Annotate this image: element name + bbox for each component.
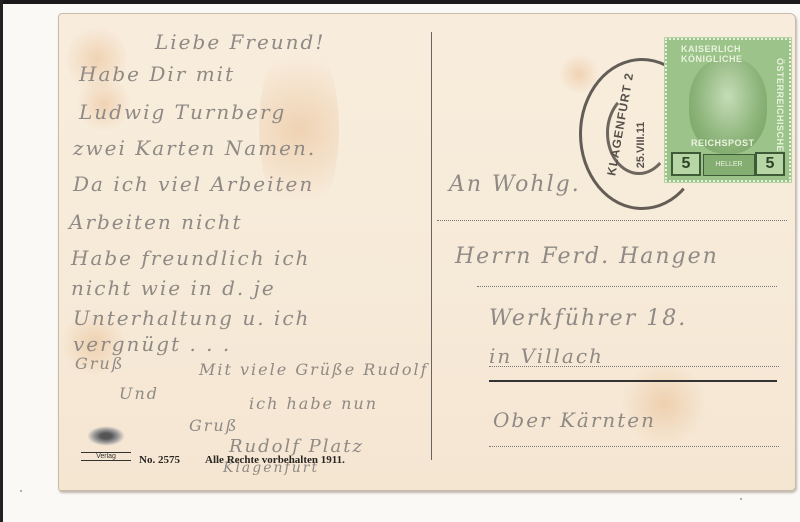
publisher-label: Verlag	[81, 452, 131, 461]
message-line: Unterhaltung u. ich	[73, 306, 310, 330]
message-line: Habe Dir mit	[79, 62, 235, 86]
stamp-inscription-top: KAISERLICH KÖNIGLICHE	[681, 44, 789, 64]
dust-speck	[740, 498, 742, 500]
scan-border-top	[0, 0, 800, 4]
stamp-value-right: 5	[755, 152, 785, 176]
scan-border-left	[0, 0, 3, 522]
message-line: nicht wie in d. je	[71, 276, 276, 300]
message-line: Habe freundlich ich	[71, 246, 310, 270]
address-line: An Wohlg.	[449, 172, 581, 197]
message-line: ich habe nun	[249, 394, 378, 413]
message-line: vergnügt . . .	[73, 332, 231, 356]
address-rule	[437, 220, 787, 221]
address-rule	[489, 446, 779, 447]
message-line: Mit viele Grüße Rudolf	[199, 360, 429, 379]
message-line: Da ich viel Arbeiten	[73, 172, 314, 196]
message-line: Liebe Freund!	[155, 30, 325, 54]
message-line: Gruß	[189, 416, 238, 435]
card-number: No. 2575	[139, 454, 180, 466]
postcard: Liebe Freund! Habe Dir mit Ludwig Turnbe…	[58, 13, 796, 491]
stamp-inscription-bottom: REICHSPOST	[691, 138, 755, 148]
address-line: Herrn Ferd. Hangen	[455, 244, 719, 269]
stamp-value-center: HELLER	[703, 154, 755, 176]
address-line: Werkführer 18.	[489, 306, 687, 331]
address-underline	[489, 380, 777, 382]
publisher-emblem-icon: Verlag	[81, 426, 131, 466]
stamp-value-left: 5	[671, 152, 701, 176]
age-stain	[619, 364, 709, 444]
message-line: Gruß	[75, 354, 124, 373]
message-line: Ludwig Turnberg	[79, 100, 286, 124]
address-line: in Villach	[489, 344, 604, 368]
stamp-inscription-side: ÖSTERREICHISCHE	[775, 58, 785, 152]
message-line: zwei Karten Namen.	[73, 136, 316, 160]
dust-speck	[20, 490, 22, 492]
address-rule	[477, 286, 777, 287]
postage-stamp: KAISERLICH KÖNIGLICHE ÖSTERREICHISCHE RE…	[665, 38, 791, 182]
message-line: Arbeiten nicht	[69, 210, 243, 234]
address-line: Ober Kärnten	[493, 408, 656, 432]
center-divider	[431, 32, 432, 460]
message-line: Und	[119, 384, 159, 403]
rights-notice: Alle Rechte vorbehalten 1911.	[205, 454, 345, 466]
postmark-date: 25.VIII.11	[635, 122, 647, 168]
